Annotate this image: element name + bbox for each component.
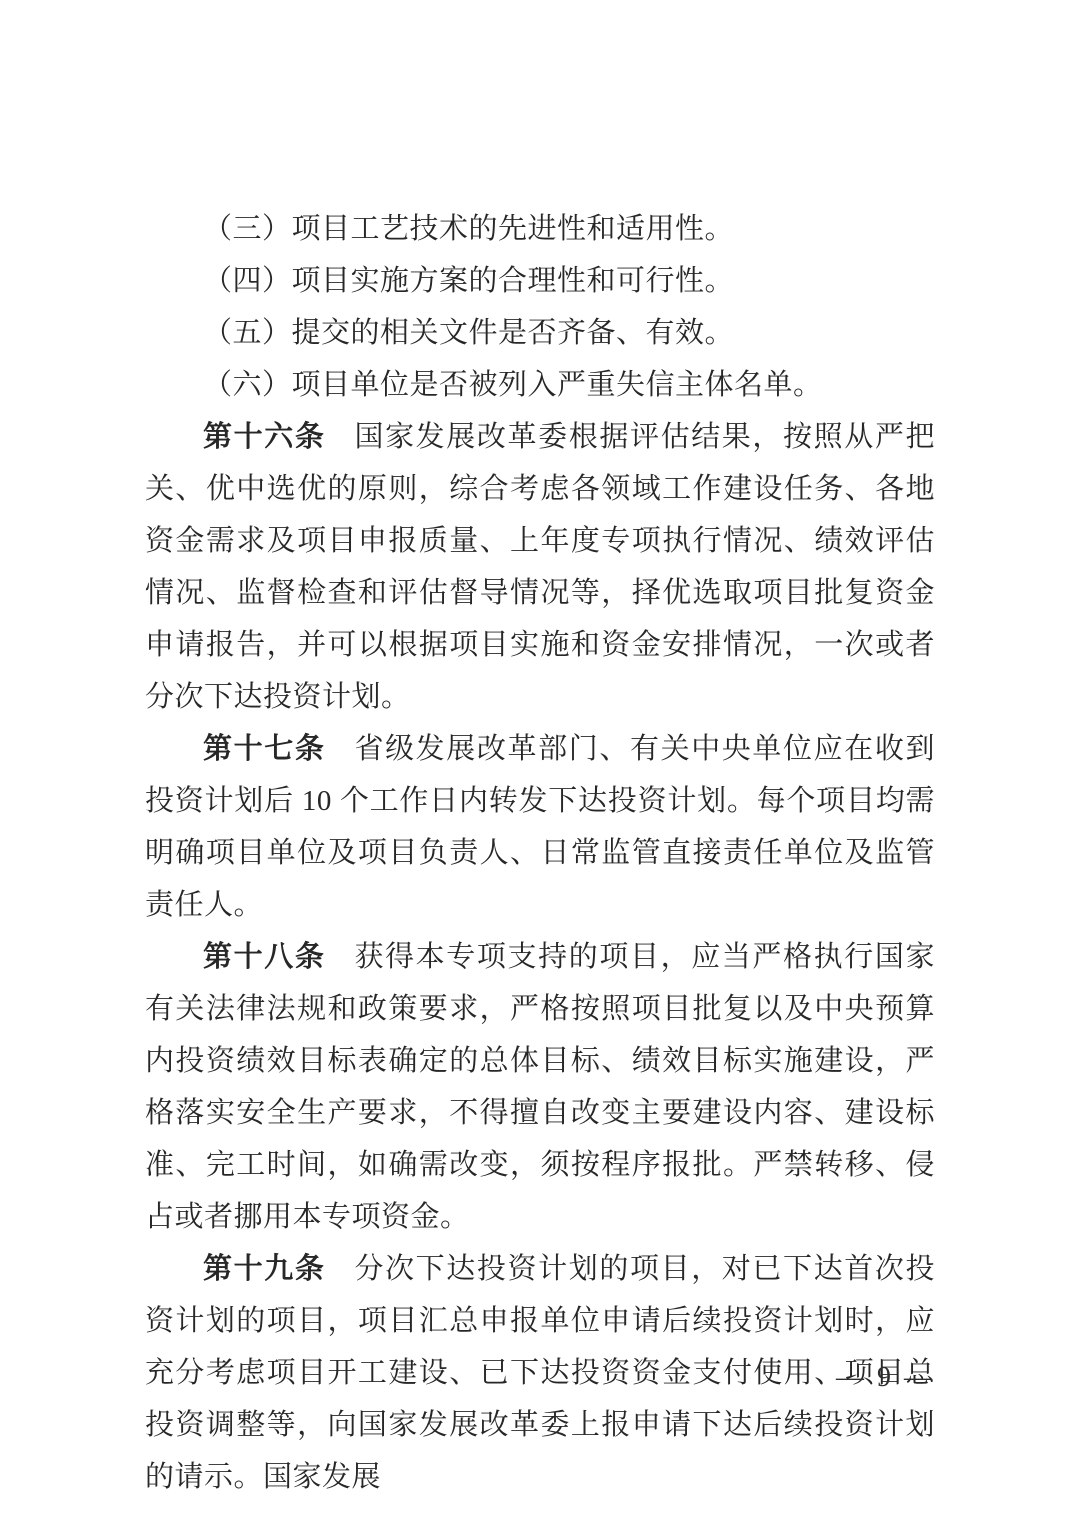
clause-item-4: （四）项目实施方案的合理性和可行性。 bbox=[145, 255, 935, 307]
article-16-paragraph: 第十六条国家发展改革委根据评估结果，按照从严把关、优中选优的原则，综合考虑各领域… bbox=[145, 411, 935, 723]
clause-item-6: （六）项目单位是否被列入严重失信主体名单。 bbox=[145, 359, 935, 411]
article-18-paragraph: 第十八条获得本专项支持的项目，应当严格执行国家有关法律法规和政策要求，严格按照项… bbox=[145, 931, 935, 1243]
article-17-number: 第十七条 bbox=[203, 733, 325, 765]
page-footer: — 9 — bbox=[145, 1356, 935, 1400]
document-page: （三）项目工艺技术的先进性和适用性。 （四）项目实施方案的合理性和可行性。 （五… bbox=[0, 0, 1080, 1527]
article-17-paragraph: 第十七条省级发展改革部门、有关中央单位应在收到投资计划后 10 个工作日内转发下… bbox=[145, 723, 935, 931]
article-18-text: 获得本专项支持的项目，应当严格执行国家有关法律法规和政策要求，严格按照项目批复以… bbox=[145, 941, 935, 1233]
article-19-number: 第十九条 bbox=[203, 1253, 325, 1285]
article-16-text: 国家发展改革委根据评估结果，按照从严把关、优中选优的原则，综合考虑各领域工作建设… bbox=[145, 421, 935, 713]
clause-item-5: （五）提交的相关文件是否齐备、有效。 bbox=[145, 307, 935, 359]
document-body: （三）项目工艺技术的先进性和适用性。 （四）项目实施方案的合理性和可行性。 （五… bbox=[145, 203, 935, 1503]
page-number: — 9 — bbox=[836, 1362, 935, 1393]
clause-item-3: （三）项目工艺技术的先进性和适用性。 bbox=[145, 203, 935, 255]
article-18-number: 第十八条 bbox=[203, 941, 325, 973]
article-16-number: 第十六条 bbox=[203, 421, 325, 453]
